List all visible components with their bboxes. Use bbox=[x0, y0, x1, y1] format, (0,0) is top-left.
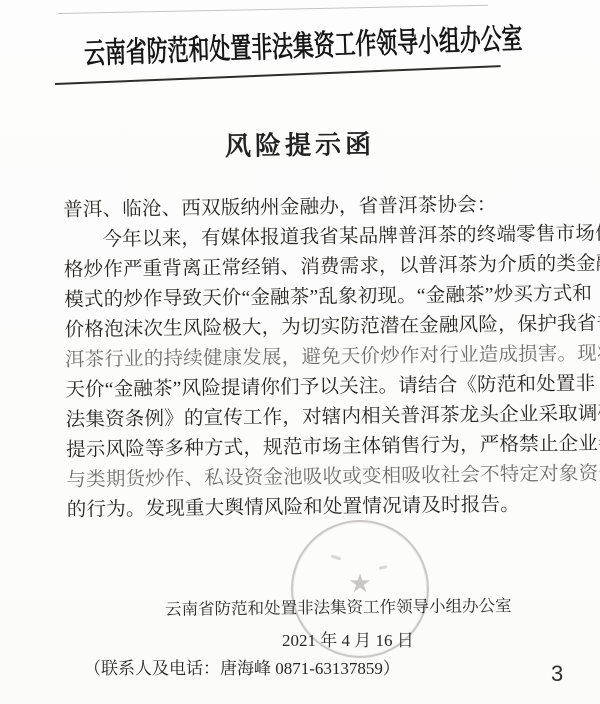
signature-date: 2021 年 4 月 16 日 bbox=[282, 626, 414, 651]
seal-mark bbox=[379, 565, 387, 570]
body-line: 的行为。发现重大舆情风险和处置情况请及时报告。 bbox=[67, 490, 567, 526]
page-number: 3 bbox=[551, 661, 563, 687]
scanned-document-page: 云南省防范和处置非法集资工作领导小组办公室 风险提示函 普洱、临沧、西双版纳州金… bbox=[0, 0, 600, 704]
seal-mark bbox=[331, 555, 341, 561]
letterhead-org-name: 云南省防范和处置非法集资工作领导小组办公室 bbox=[83, 16, 516, 72]
contact-info: （联系人及电话：唐海峰 0871-63137859） bbox=[84, 654, 400, 679]
scan-edge-line bbox=[58, 5, 488, 14]
document-title: 风险提示函 bbox=[0, 121, 600, 166]
letter-body: 普洱、临沧、西双版纳州金融办，省普洱茶协会： 今年以来，有媒体报道我省某品牌普洱… bbox=[63, 190, 567, 526]
signature-org-name: 云南省防范和处置非法集资工作领导小组办公室 bbox=[164, 592, 511, 620]
